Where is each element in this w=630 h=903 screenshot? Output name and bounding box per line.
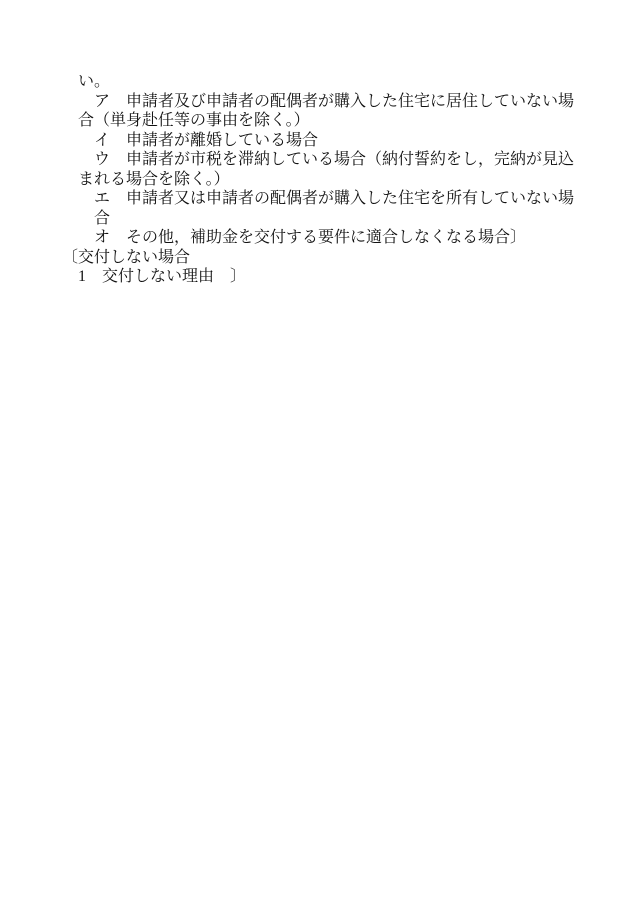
- document-line: 〔交付しない場合: [62, 248, 620, 268]
- document-line: 1 交付しない理由 〕: [62, 267, 620, 287]
- document-line: い。: [62, 72, 620, 92]
- document-text-block: い。 ア 申請者及び申請者の配偶者が購入した住宅に居住していない場 合（単身赴任…: [62, 72, 620, 287]
- document-line: オ その他，補助金を交付する要件に適合しなくなる場合〕: [62, 228, 620, 248]
- document-page: い。 ア 申請者及び申請者の配偶者が購入した住宅に居住していない場 合（単身赴任…: [0, 0, 630, 903]
- document-line: ウ 申請者が市税を滞納している場合（納付誓約をし，完納が見込: [62, 150, 620, 170]
- document-line: 合（単身赴任等の事由を除く。）: [62, 111, 620, 131]
- document-line: ア 申請者及び申請者の配偶者が購入した住宅に居住していない場: [62, 92, 620, 112]
- document-line: エ 申請者又は申請者の配偶者が購入した住宅を所有していない場: [62, 189, 620, 209]
- document-line: まれる場合を除く。）: [62, 170, 620, 190]
- document-line: イ 申請者が離婚している場合: [62, 131, 620, 151]
- document-line: 合: [62, 209, 620, 229]
